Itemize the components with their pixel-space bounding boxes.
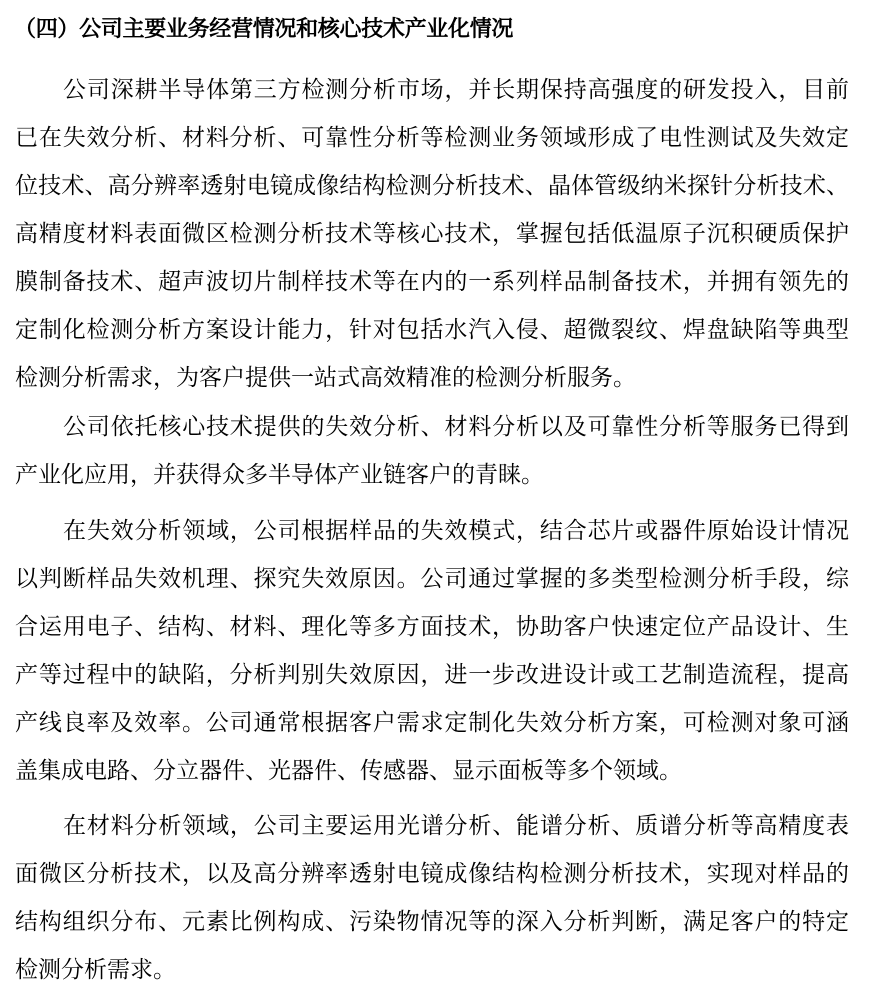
paragraph-line: 定制化检测分析方案设计能力，针对包括水汽入侵、超微裂纹、焊盘缺陷等典型 bbox=[15, 315, 849, 345]
paragraph-line: 产业化应用，并获得众多半导体产业链客户的青睐。 bbox=[15, 460, 544, 490]
paragraph-line: 合运用电子、结构、材料、理化等多方面技术，协助客户快速定位产品设计、生 bbox=[15, 612, 849, 642]
paragraph-line: 膜制备技术、超声波切片制样技术等在内的一系列样品制备技术，并拥有领先的 bbox=[15, 267, 849, 297]
paragraph-line: 位技术、高分辨率透射电镜成像结构检测分析技术、晶体管级纳米探针分析技术、 bbox=[15, 171, 849, 201]
paragraph-line: 检测分析需求，为客户提供一站式高效精准的检测分析服务。 bbox=[15, 363, 636, 393]
paragraph-line: 产等过程中的缺陷，分析判别失效原因，进一步改进设计或工艺制造流程，提高 bbox=[15, 660, 849, 690]
paragraph-line: 结构组织分布、元素比例构成、污染物情况等的深入分析判断，满足客户的特定 bbox=[15, 907, 849, 937]
paragraph-line: 盖集成电路、分立器件、光器件、传感器、显示面板等多个领域。 bbox=[15, 756, 682, 786]
paragraph-line: 面微区分析技术，以及高分辨率透射电镜成像结构检测分析技术，实现对样品的 bbox=[15, 859, 849, 889]
paragraph-line: 以判断样品失效机理、探究失效原因。公司通过掌握的多类型检测分析手段，综 bbox=[15, 564, 849, 594]
paragraph-line: 检测分析需求。 bbox=[15, 955, 176, 985]
paragraph-line: 产线良率及效率。公司通常根据客户需求定制化失效分析方案，可检测对象可涵 bbox=[15, 708, 849, 738]
section-heading: （四）公司主要业务经营情况和核心技术产业化情况 bbox=[14, 14, 513, 46]
paragraph-line: 已在失效分析、材料分析、可靠性分析等检测业务领域形成了电性测试及失效定 bbox=[15, 123, 849, 153]
paragraph-line: 在失效分析领域，公司根据样品的失效模式，结合芯片或器件原始设计情况 bbox=[63, 516, 849, 546]
paragraph-line: 在材料分析领域，公司主要运用光谱分析、能谱分析、质谱分析等高精度表 bbox=[63, 811, 849, 841]
paragraph-line: 公司深耕半导体第三方检测分析市场，并长期保持高强度的研发投入，目前 bbox=[63, 75, 849, 105]
paragraph-line: 公司依托核心技术提供的失效分析、材料分析以及可靠性分析等服务已得到 bbox=[63, 412, 849, 442]
paragraph-line: 高精度材料表面微区检测分析技术等核心技术，掌握包括低温原子沉积硬质保护 bbox=[15, 219, 849, 249]
